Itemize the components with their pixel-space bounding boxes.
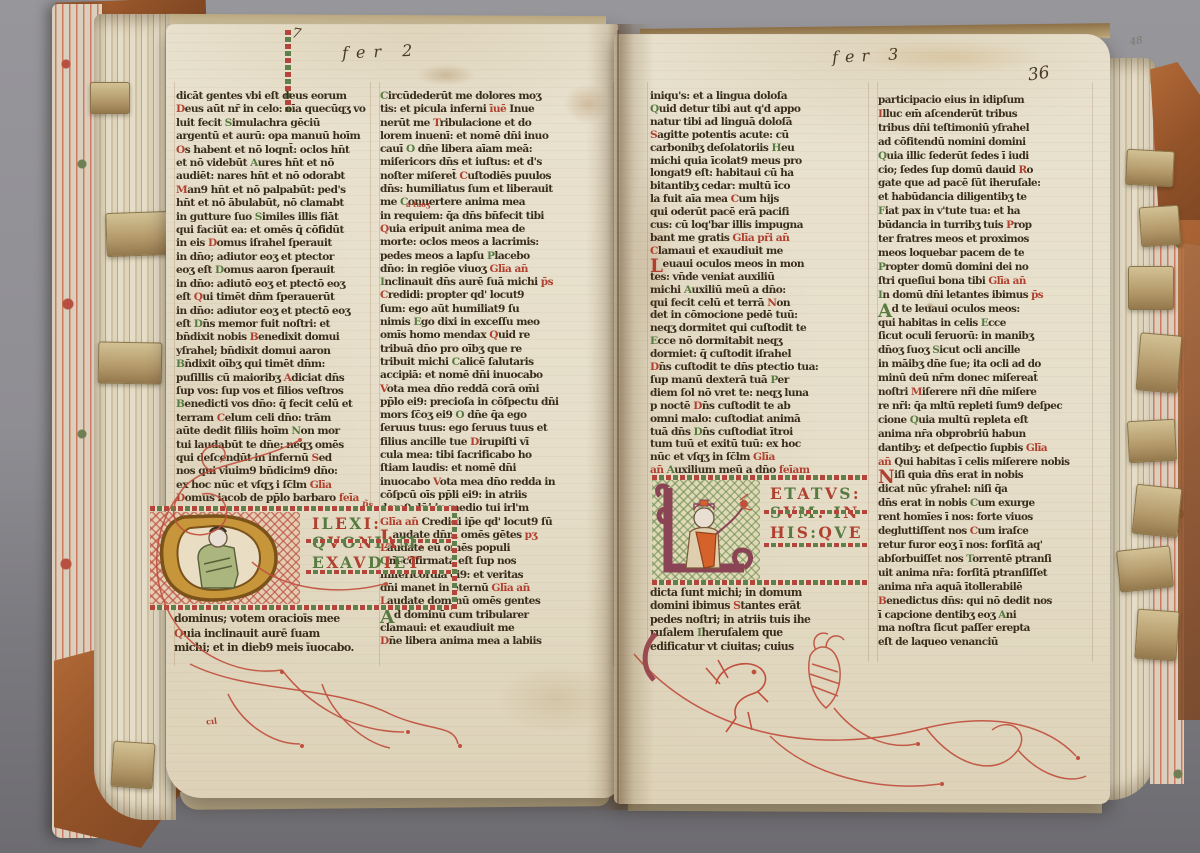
text-line: noſtri Miſerere nr̄i dn̄e miſere xyxy=(878,386,1093,400)
text-line: ſum: ego aūt humiliat9 ſu xyxy=(380,303,612,316)
text-line: eſt Dn̄s memor fuit noſtri: et xyxy=(176,318,370,331)
text-line: HIS:QVE xyxy=(768,523,868,542)
text-line: hn̄t et nō ābulabūt, nō clamabt xyxy=(176,197,370,210)
initial-l-panel xyxy=(652,480,760,580)
text-line: bant me gratis Glīa pr̄i an̄ xyxy=(650,232,868,245)
text-line: cione Quia multū repleta eſt xyxy=(878,414,1093,428)
text-line: in eis Domus iſrahel ſperauit xyxy=(176,237,370,250)
text-line: det in cōmocione pedē tuū: xyxy=(650,309,868,322)
text-line: Quid detur tibi aut q'd appo xyxy=(650,103,868,116)
text-line: Niſi quia dn̄s erat in nobis xyxy=(878,469,1093,483)
text-line: uit anima nr̄a: forſitā ptranſiſſet xyxy=(878,567,1093,581)
text-line: Bn̄dixit oībʒ qui timēt dn̄m: xyxy=(176,358,370,371)
text-line: nūc et vſqʒ in ſc̄lm Glīa xyxy=(650,451,868,464)
text-line: natur tibi ad linguā doloſā xyxy=(650,116,868,129)
text-line: minū deū nr̄m donec miſereat̄ xyxy=(878,372,1093,386)
text-line: rent homīes ī nos: forte viuos xyxy=(878,511,1093,525)
text-line: gate que ad pacē ſūt iheruſale: xyxy=(878,177,1093,191)
text-line: an̄ Qui habitas ī celis miſerere nobis xyxy=(878,456,1093,470)
index-tab[interactable] xyxy=(1134,609,1179,662)
text-line: Clamaui et exaudiuit me xyxy=(650,245,868,258)
text-line: Propter domū domini dei no xyxy=(878,261,1093,275)
text-line: dormiet: q̄ cuſtodit iſrahel xyxy=(650,348,868,361)
text-line: ETATVS: xyxy=(768,484,868,503)
historiated-initial-block: ETATVS:SVM: INHIS:QVE xyxy=(652,480,868,580)
text-line: Leuaui oculos meos in mon xyxy=(650,258,868,271)
index-tab[interactable] xyxy=(90,82,130,114)
text-line: participacio eius in idipſum xyxy=(878,94,1093,108)
index-tab[interactable] xyxy=(105,211,172,257)
text-line: la fuit aīa mea Cum hijs xyxy=(650,193,868,206)
text-line: Ad te leuaui oculos meos: xyxy=(878,303,1093,317)
text-line: Benedicti vos dn̄o: q̄ fecit celū et xyxy=(176,398,370,411)
text-line: dn̄s: humiliatus ſum et liberauit xyxy=(380,183,612,196)
text-line: In domū dn̄i letantes ibimus p̄s xyxy=(878,289,1093,303)
index-tab[interactable] xyxy=(1139,205,1182,248)
text-line: bitantibʒ cedar: multū īco xyxy=(650,180,868,193)
text-line: omni malo: cuſtodiat animā xyxy=(650,413,868,426)
text-line: Vota mea dn̄o reddā corā om̄i xyxy=(380,383,612,396)
text-line: tribus dn̄i teſtimoniū yſrahel xyxy=(878,122,1093,136)
text-line: Circūdederūt me dolores moʒ xyxy=(380,90,612,103)
text-line: dicta ſunt michi; in domum xyxy=(650,586,880,599)
text-line: in dn̄o: adiutor eoʒ et ptectō eoʒ xyxy=(176,305,370,318)
text-line: ſicut oculi ſeruorū: in manibʒ xyxy=(878,330,1093,344)
text-line: Illuc em̄ aſcenderūt tribus xyxy=(878,108,1093,122)
text-line: dicāt gentes vbi eſt deus eorum xyxy=(176,90,370,103)
text-line: in dn̄o; adiutor eoʒ et ptector xyxy=(176,251,370,264)
hare-drawing xyxy=(706,660,768,732)
ruling-line xyxy=(868,82,869,662)
text-line: abſorbuiſſet nos Torrentē ptranſi xyxy=(878,553,1093,567)
text-column-right-2: participacio eius in idipſumIlluc em̄ aſ… xyxy=(878,94,1093,650)
text-line: tes: vn̄de veniat auxiliū xyxy=(650,271,868,284)
text-line: Dn̄s cuſtodit te dn̄s ptectio tua: xyxy=(650,361,868,374)
index-tab[interactable] xyxy=(1116,545,1174,592)
left-page[interactable]: 7 fer 2 dicāt gentes vbi eſt deus eorumD… xyxy=(166,24,618,798)
text-line: miſericors dn̄s et iuſtus: et d's xyxy=(380,156,612,169)
text-line: meos loquebar pacem de te xyxy=(878,247,1093,261)
text-line: Sagitte potentis acute: cū xyxy=(650,129,868,142)
text-line: tis: et picula inferni īuē Inue xyxy=(380,103,612,116)
text-line: tribuā dn̄o pro oībʒ que re xyxy=(380,343,612,356)
text-line: tuā dn̄s Dn̄s cuſtodiat ītroi xyxy=(650,426,868,439)
text-line: Os habent et nō loqnt̄: oclos hn̄t xyxy=(176,144,370,157)
text-line: Fiat pax in v'tute tua: et ha xyxy=(878,205,1093,219)
text-line: audiēt: nares hn̄t et nō odorabt xyxy=(176,170,370,183)
page-header-right: fer 3 xyxy=(832,44,906,67)
text-line: tribuit michi Calicē ſalutaris xyxy=(380,356,612,369)
text-line: p noctē Dn̄s cuſtodit te ab xyxy=(650,400,868,413)
pen-flourish-left xyxy=(132,432,462,792)
text-line: Benedictus dn̄s: qui nō dedit nos xyxy=(878,595,1093,609)
text-line: qui oderūt pacē erā pacifi xyxy=(650,206,868,219)
crowned-figure-illustration xyxy=(686,494,752,568)
text-line: neqʒ dormitet qui cuſtodit te xyxy=(650,322,868,335)
index-tab[interactable] xyxy=(1128,266,1174,310)
text-line: puſillis cū maioribʒ Adiciat dn̄s xyxy=(176,372,370,385)
folio-number: 36 xyxy=(1027,63,1051,86)
text-line: Credidi: propter qd' locut9 xyxy=(380,289,612,302)
pen-flourish-hare xyxy=(620,616,1090,826)
index-tab[interactable] xyxy=(1136,332,1183,393)
text-line: bn̄dixit nobis Benedixit domui xyxy=(176,331,370,344)
text-line: et habūdancia diligentibʒ te xyxy=(878,191,1093,205)
index-tab[interactable] xyxy=(1127,419,1177,463)
stain xyxy=(416,64,476,86)
text-line: Inclinauit dn̄s aurē ſuā michi p̄s xyxy=(380,276,612,289)
text-line: eoʒ eſt Domus aaron ſperauit xyxy=(176,264,370,277)
text-line: pp̄lo ei9: precioſa in cōſpectu dn̄i xyxy=(380,396,612,409)
text-line: diem ſol nō vret te: neqʒ luna xyxy=(650,387,868,400)
gutter-crease xyxy=(617,30,619,804)
text-line: carbonibʒ deſolatoriis Heu xyxy=(650,142,868,155)
text-line: Ecce nō dormitabit neqʒ xyxy=(650,335,868,348)
text-line: Man9 hn̄t et nō palpabūt: ped's xyxy=(176,184,370,197)
text-line: longat9 eſt: habitaui cū ha xyxy=(650,167,868,180)
pen-mark-7: 7 xyxy=(291,25,303,42)
text-line: domini ibimus Stantes erāt xyxy=(650,599,880,612)
text-line: in māibʒ dn̄e ſue; ita ocli ad do xyxy=(878,358,1093,372)
right-page[interactable]: fer 3 36 iniqu's: et a lingua doloſaQuid… xyxy=(614,34,1110,804)
pencil-foliation: 48 xyxy=(1129,35,1143,48)
text-line: accipiā: et nomē dn̄i inuocabo xyxy=(380,369,612,382)
text-line: degluttiſſent nos Cum iraſce xyxy=(878,525,1093,539)
text-line: pedes meos a lapſu Placebo xyxy=(380,250,612,263)
text-line: in gutture ſuo Similes illis fiāt xyxy=(176,211,370,224)
text-line: retur furor eoʒ ī nos: forſitā aq' xyxy=(878,539,1093,553)
text-line: anima nr̄a aquā ītollerabilē xyxy=(878,581,1093,595)
checker-divider xyxy=(764,510,868,514)
text-column-right-1: iniqu's: et a lingua doloſaQuid detur ti… xyxy=(650,90,868,477)
right-cover-edge xyxy=(1178,220,1200,720)
text-line: yſrahel; bn̄dixit domui aaron xyxy=(176,345,370,358)
text-line: lorem inuenī: et nomē dn̄i inuo xyxy=(380,130,612,143)
text-line: iniqu's: et a lingua doloſa xyxy=(650,90,868,103)
text-line: ſup vos: ſup vos et filios veſtros xyxy=(176,385,370,398)
text-line: re nr̄i: q̄a mltū repleti ſum9 deſpec xyxy=(878,400,1093,414)
text-line: ad cōfitendū nomini domini xyxy=(878,136,1093,150)
text-line: qui habitas in celis Ecce xyxy=(878,317,1093,331)
index-tab[interactable] xyxy=(98,341,163,384)
text-line: Quia illic ſederūt ſedes ī iudi xyxy=(878,150,1093,164)
text-line: dn̄oʒ ſuoʒ Sicut ocli ancille xyxy=(878,344,1093,358)
photograph-scene: 7 fer 2 dicāt gentes vbi eſt deus eorumD… xyxy=(0,0,1200,853)
text-line: noſter miſeret̄ Cuſtodiēs puulos xyxy=(380,170,612,183)
text-line: ſup manū dexterā tuā Per xyxy=(650,374,868,387)
text-line: dn̄s erat in nobis Cum exurge xyxy=(878,497,1093,511)
text-line: būdancia in turribʒ tuis Prop xyxy=(878,219,1093,233)
checker-divider xyxy=(764,543,868,547)
text-line: in dn̄o: adiutō eoʒ et ptectō eoʒ xyxy=(176,278,370,291)
page-header-left: fer 2 xyxy=(342,41,421,63)
checker-border-bottom xyxy=(652,580,868,585)
text-line: ter fratres meos et proximos xyxy=(878,233,1093,247)
interlinear-note: a tuoʒ xyxy=(406,200,430,209)
text-line: dn̄o: in regiōe viuoʒ Glīa an̄ xyxy=(380,263,612,276)
text-line: michi Auxiliū meū a dn̄o: xyxy=(650,284,868,297)
text-line: in requiem: q̄a dn̄s bn̄fecit tibi xyxy=(380,210,612,223)
text-line: qui fecit celū et terrā Non xyxy=(650,297,868,310)
text-line: cauī O dn̄e libera aīam meā: xyxy=(380,143,612,156)
text-line: luit fecit Simulachra gēciū xyxy=(176,117,370,130)
text-line: argentū et aurū: opa manuū hoīm xyxy=(176,130,370,143)
text-line: anima nr̄a obprobriū habun xyxy=(878,428,1093,442)
text-line: tum tuū et exitū tuū: ex hoc xyxy=(650,438,868,451)
text-line: michi quia īcolat9 meus pro xyxy=(650,155,868,168)
text-line: eſt Qui timēt dn̄m ſperauerūt xyxy=(176,291,370,304)
index-tab[interactable] xyxy=(1125,149,1175,187)
text-line: ſtri queſiui bona tibi Glīa an̄ xyxy=(878,275,1093,289)
book-gutter xyxy=(586,24,654,810)
text-line: morte: oclos meos a lacrimis: xyxy=(380,236,612,249)
text-line: dantibʒ: et deſpectio ſupbis Glīa xyxy=(878,442,1093,456)
text-line: mors ſc̄oʒ ei9 O dn̄e q̄a ego xyxy=(380,409,612,422)
text-line: cus: cū loq'bar illis impugna xyxy=(650,219,868,232)
text-line: omīs homo mendax Quid re xyxy=(380,329,612,342)
flourish-inscription: cıl xyxy=(206,715,218,726)
text-line: nerūt me Tribulacione et do xyxy=(380,117,612,130)
text-line: cio; ſedes ſup domū dauid Ro xyxy=(878,164,1093,178)
text-line: dicat nūc yſrahel: niſi q̄a xyxy=(878,483,1093,497)
initial-letter-l xyxy=(652,480,760,580)
text-line: terram Celum celi dn̄o: trām xyxy=(176,412,370,425)
text-line: qui faciūt ea: et omēs q̄ cōfidūt xyxy=(176,224,370,237)
text-line: nimis Ego dixi in exceſſu meo xyxy=(380,316,612,329)
text-line: Quia eripuit anima mea de xyxy=(380,223,612,236)
text-line: et nō videbūt Aures hn̄t et nō xyxy=(176,157,370,170)
index-tab[interactable] xyxy=(1132,484,1183,539)
text-line: Deus aūt nr̄ in celo: oīa quecūqʒ vo xyxy=(176,103,370,116)
